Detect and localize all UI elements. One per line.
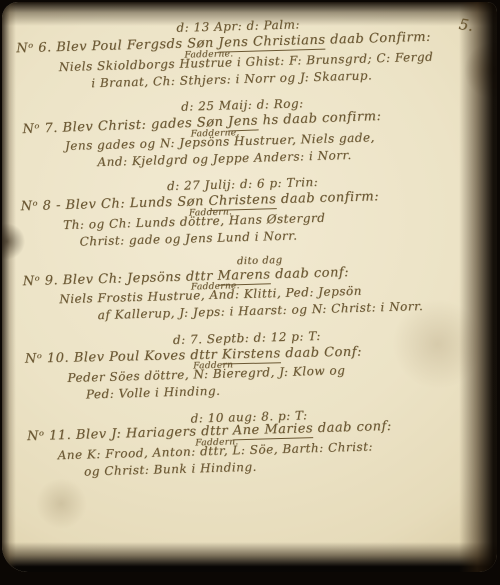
register-entries: d: 13 Apr: d: Palm: Nᵒ 6. Blev Poul Ferg… bbox=[16, 13, 474, 492]
baptism-entry-9: dito dag Nᵒ 9. Blev Ch: Jepsöns dttr Mar… bbox=[22, 250, 469, 326]
entry-text-before: Blev Ch: Lunds Søn bbox=[65, 194, 204, 213]
page-edge-bottom bbox=[2, 542, 497, 572]
entry-text-after: daab conf: bbox=[318, 419, 392, 436]
page-edge-left bbox=[2, 2, 16, 572]
baptism-entry-7: d: 25 Maij: d: Rog: Nᵒ 7. Blev Christ: g… bbox=[22, 92, 465, 172]
baptism-entry-11: d: 10 aug: 8. p: T: Nᵒ 11. Blev J: Haria… bbox=[26, 403, 473, 480]
baptism-entry-8: d: 27 Julij: d: 6 p: Trin: Nᵒ 8 - Blev C… bbox=[20, 171, 467, 251]
child-name: Ane Maries bbox=[233, 421, 314, 440]
scanned-register-photo: 5. d: 13 Apr: d: Palm: Nᵒ 6. Blev Poul F… bbox=[0, 0, 500, 585]
entry-number: Nᵒ 9. bbox=[23, 273, 59, 289]
entry-text-after: daab Conf: bbox=[285, 344, 362, 361]
entry-text-after: daab conf: bbox=[275, 265, 349, 282]
entry-text-before: Blev Poul Koves dttr bbox=[74, 347, 218, 365]
child-name: Kirstens bbox=[222, 346, 281, 364]
entry-number: Nᵒ 6. bbox=[16, 40, 52, 56]
baptism-entry-6: d: 13 Apr: d: Palm: Nᵒ 6. Blev Poul Ferg… bbox=[16, 13, 463, 93]
baptism-entry-10: d: 7. Septb: d: 12 p: T: Nᵒ 10. Blev Pou… bbox=[24, 324, 471, 404]
entry-text-after: hs daab confirm: bbox=[262, 109, 381, 128]
entry-text-before: Blev Christ: gades Søn bbox=[62, 115, 223, 136]
entry-text-after: daab confirm: bbox=[281, 189, 380, 207]
entry-text-after: daab Confirm: bbox=[330, 30, 431, 48]
entry-number: Nᵒ 10. bbox=[25, 350, 70, 366]
entry-number: Nᵒ 8 - bbox=[20, 198, 61, 214]
register-page-paper: 5. d: 13 Apr: d: Palm: Nᵒ 6. Blev Poul F… bbox=[2, 2, 497, 572]
child-name: Jens Christians bbox=[218, 33, 326, 53]
entry-number: Nᵒ 11. bbox=[27, 428, 72, 444]
entry-number: Nᵒ 7. bbox=[22, 121, 58, 137]
child-name: Jens bbox=[228, 113, 259, 131]
